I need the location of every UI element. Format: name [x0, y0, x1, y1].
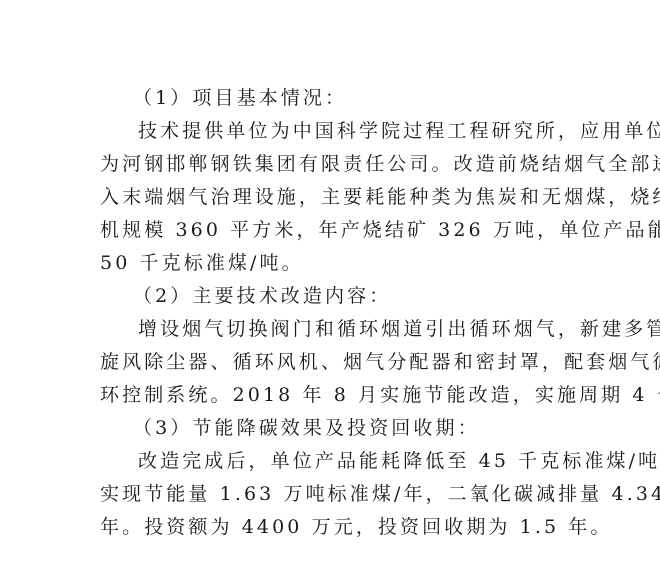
paragraph-line: 旋风除尘器、循环风机、烟气分配器和密封罩，配套烟气循 — [100, 346, 562, 379]
paragraph-line: 改造完成后，单位产品能耗降低至 45 千克标准煤/吨， — [100, 445, 562, 478]
section-heading: （3）节能降碳效果及投资回收期： — [100, 412, 562, 445]
paragraph-line: 机规模 360 平方米，年产烧结矿 326 万吨，单位产品能耗为 — [100, 214, 562, 247]
paragraph-line: 增设烟气切换阀门和循环烟道引出循环烟气，新建多管 — [100, 313, 562, 346]
section-energy-savings: （3）节能降碳效果及投资回收期： 改造完成后，单位产品能耗降低至 45 千克标准… — [100, 412, 562, 544]
paragraph-line: 50 千克标准煤/吨。 — [100, 247, 562, 280]
paragraph-line: 技术提供单位为中国科学院过程工程研究所，应用单位 — [100, 115, 562, 148]
paragraph-line: 年。投资额为 4400 万元，投资回收期为 1.5 年。 — [100, 511, 562, 544]
paragraph-line: 入末端烟气治理设施，主要耗能种类为焦炭和无烟煤，烧结 — [100, 181, 562, 214]
section-technical-retrofit: （2）主要技术改造内容： 增设烟气切换阀门和循环烟道引出循环烟气，新建多管 旋风… — [100, 280, 562, 412]
section-heading: （1）项目基本情况： — [100, 82, 562, 115]
section-heading: （2）主要技术改造内容： — [100, 280, 562, 313]
paragraph-line: 为河钢邯郸钢铁集团有限责任公司。改造前烧结烟气全部进 — [100, 148, 562, 181]
paragraph-line: 实现节能量 1.63 万吨标准煤/年，二氧化碳减排量 4.34 万吨/ — [100, 478, 562, 511]
paragraph-line: 环控制系统。2018 年 8 月实施节能改造，实施周期 4 个月。 — [100, 379, 562, 412]
section-project-basics: （1）项目基本情况： 技术提供单位为中国科学院过程工程研究所，应用单位 为河钢邯… — [100, 82, 562, 280]
document-page: （1）项目基本情况： 技术提供单位为中国科学院过程工程研究所，应用单位 为河钢邯… — [100, 82, 562, 544]
